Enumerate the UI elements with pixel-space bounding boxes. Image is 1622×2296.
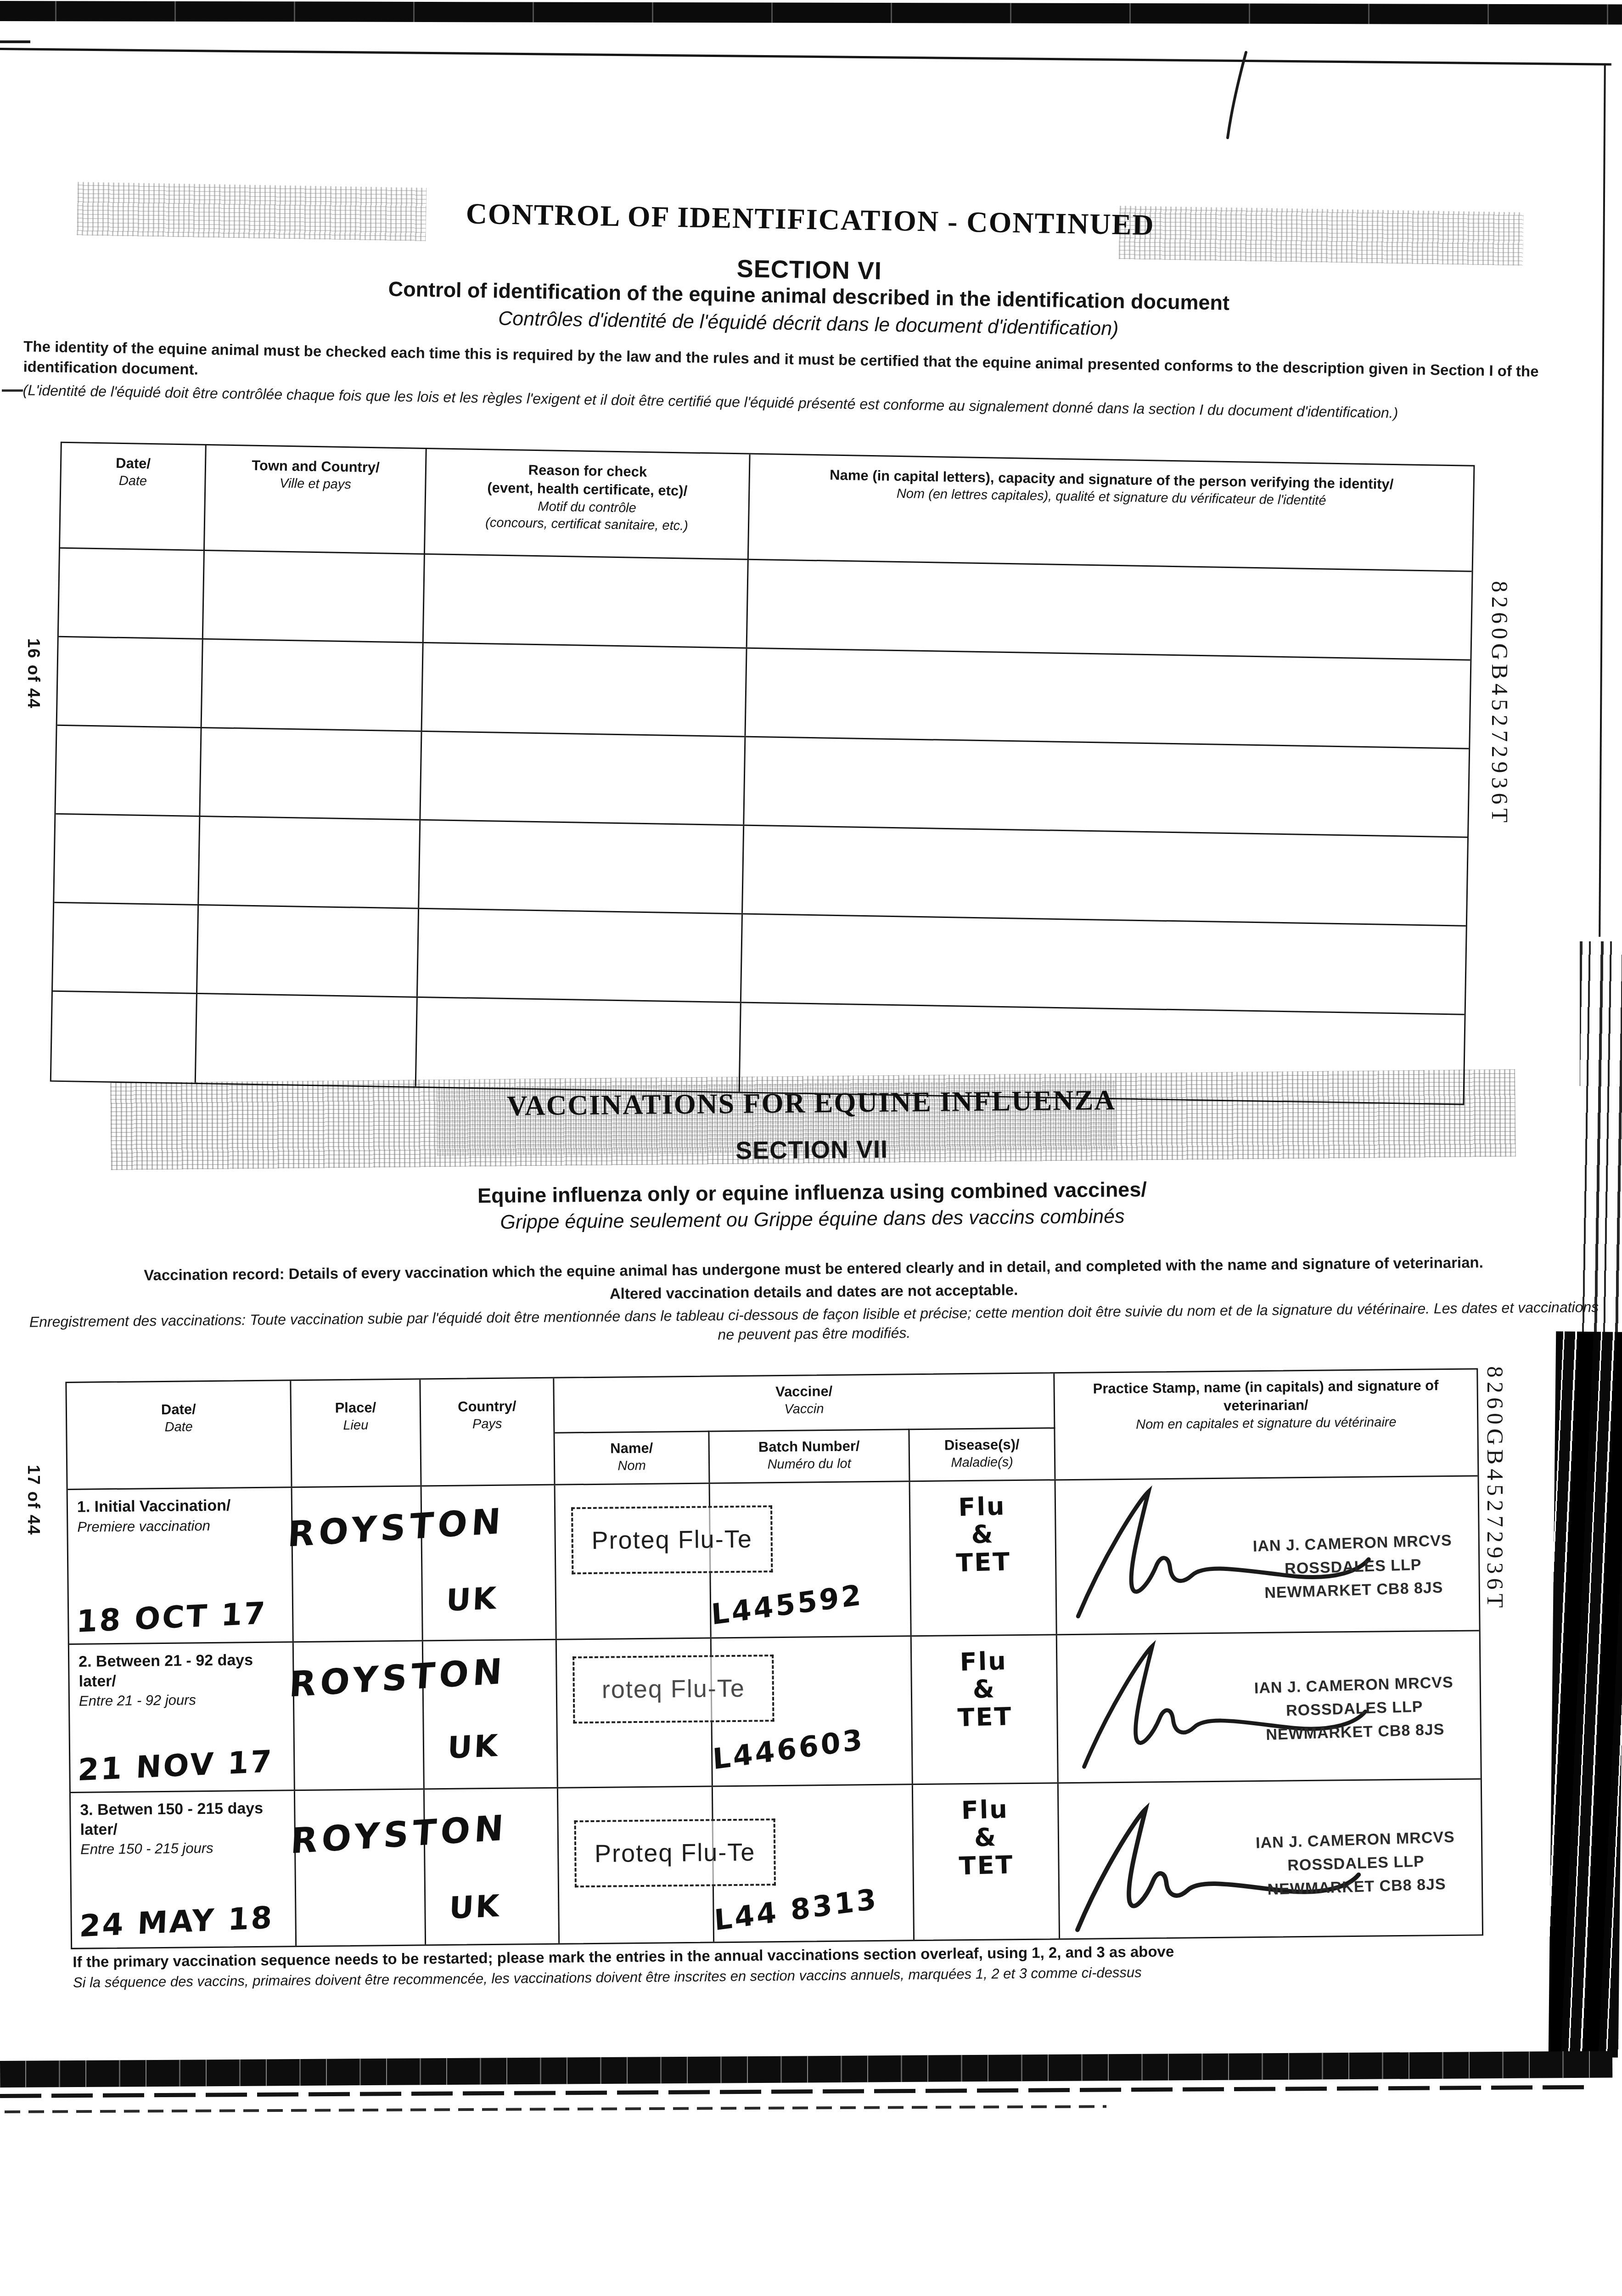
- handwritten-batch-number: L44 8313: [713, 1882, 879, 1937]
- column-header-vaccine: Vaccine/ Vaccin: [554, 1373, 1055, 1432]
- vaccination-row: 1. Initial Vaccination/ Premiere vaccina…: [68, 1475, 1479, 1643]
- column-header-reason: Reason for check (event, health certific…: [425, 449, 751, 560]
- bottom-scan-band: [0, 2051, 1612, 2088]
- handwritten-place: ROYSTON: [290, 1807, 509, 1862]
- pen-mark: [1222, 50, 1254, 141]
- handwritten-country: UK: [449, 1888, 502, 1926]
- bottom-scan-line: [0, 2085, 1588, 2098]
- column-header-vaccine-name: Name/ Nom: [555, 1430, 710, 1484]
- column-header-date: Date/ Date: [60, 443, 207, 551]
- practice-stamp: IAN J. CAMERON MRCVS ROSSDALES LLP NEWMA…: [1179, 1823, 1532, 1904]
- vaccine-name-stamp: roteq Flu-Te: [572, 1654, 774, 1723]
- row-label: 2. Between 21 - 92 days later/ Entre 21 …: [69, 1643, 297, 1710]
- handwritten-diseases: Flu & TET: [913, 1491, 1053, 1578]
- footnote: If the primary vaccination sequence need…: [73, 1940, 1496, 1991]
- scanned-passport-page: 16 of 44 17 of 44 8260GB45272936T 8260GB…: [0, 0, 1622, 2296]
- vaccination-table: Date/ Date Place/ Lieu Country/ Pays Vac…: [65, 1368, 1483, 1949]
- top-rule-line: [0, 48, 1611, 66]
- section6-banner: CONTROL OF IDENTIFICATION - CONTINUED: [0, 189, 1621, 250]
- row-label: 1. Initial Vaccination/ Premiere vaccina…: [68, 1488, 296, 1535]
- handwritten-country: UK: [445, 1581, 499, 1618]
- column-header-town-country: Town and Country/ Ville et pays: [205, 445, 427, 555]
- vaccination-row: 2. Between 21 - 92 days later/ Entre 21 …: [69, 1630, 1481, 1791]
- bottom-scan-line: [5, 2105, 1106, 2113]
- handwritten-diseases: Flu & TET: [916, 1795, 1056, 1881]
- top-scan-band: [0, 1, 1622, 24]
- column-header-name-signature: Name (in capital letters), capacity and …: [749, 455, 1474, 572]
- identification-check-table: Date/ Date Town and Country/ Ville et pa…: [50, 442, 1475, 1105]
- vaccine-name-stamp: Proteq Flu-Te: [574, 1818, 776, 1887]
- handwritten-place: ROYSTON: [286, 1500, 506, 1555]
- column-header-place: Place/ Lieu: [291, 1380, 421, 1487]
- column-header-practice-stamp: Practice Stamp, name (in capitals) and s…: [1055, 1369, 1477, 1479]
- edge-mark: [0, 40, 30, 43]
- column-header-date: Date/ Date: [67, 1381, 292, 1489]
- row-label: 3. Betwen 150 - 215 days later/ Entre 15…: [71, 1791, 299, 1858]
- handwritten-diseases: Flu & TET: [914, 1646, 1054, 1733]
- vaccine-name-stamp: Proteq Flu-Te: [571, 1505, 773, 1574]
- section-6: CONTROL OF IDENTIFICATION - CONTINUED SE…: [0, 161, 1622, 1129]
- vaccination-row: 3. Betwen 150 - 215 days later/ Entre 15…: [71, 1778, 1482, 1947]
- handwritten-batch-number: L446603: [712, 1722, 865, 1776]
- handwritten-date: 18 OCT 17: [76, 1595, 268, 1639]
- handwritten-date: 24 MAY 18: [79, 1900, 275, 1944]
- handwritten-batch-number: L445592: [710, 1578, 864, 1632]
- handwritten-country: UK: [447, 1728, 500, 1766]
- practice-stamp: IAN J. CAMERON MRCVS ROSSDALES LLP NEWMA…: [1177, 1526, 1529, 1607]
- section-7: VACCINATIONS FOR EQUINE INFLUENZA SECTIO…: [0, 1064, 1622, 2043]
- column-header-country: Country/ Pays: [421, 1379, 555, 1486]
- handwritten-date: 21 NOV 17: [77, 1744, 274, 1788]
- column-header-batch-number: Batch Number/ Numéro du lot: [709, 1429, 910, 1482]
- handwritten-place: ROYSTON: [288, 1650, 507, 1705]
- column-header-diseases: Disease(s)/ Maladie(s): [909, 1427, 1055, 1480]
- practice-stamp: IAN J. CAMERON MRCVS ROSSDALES LLP NEWMA…: [1178, 1668, 1531, 1749]
